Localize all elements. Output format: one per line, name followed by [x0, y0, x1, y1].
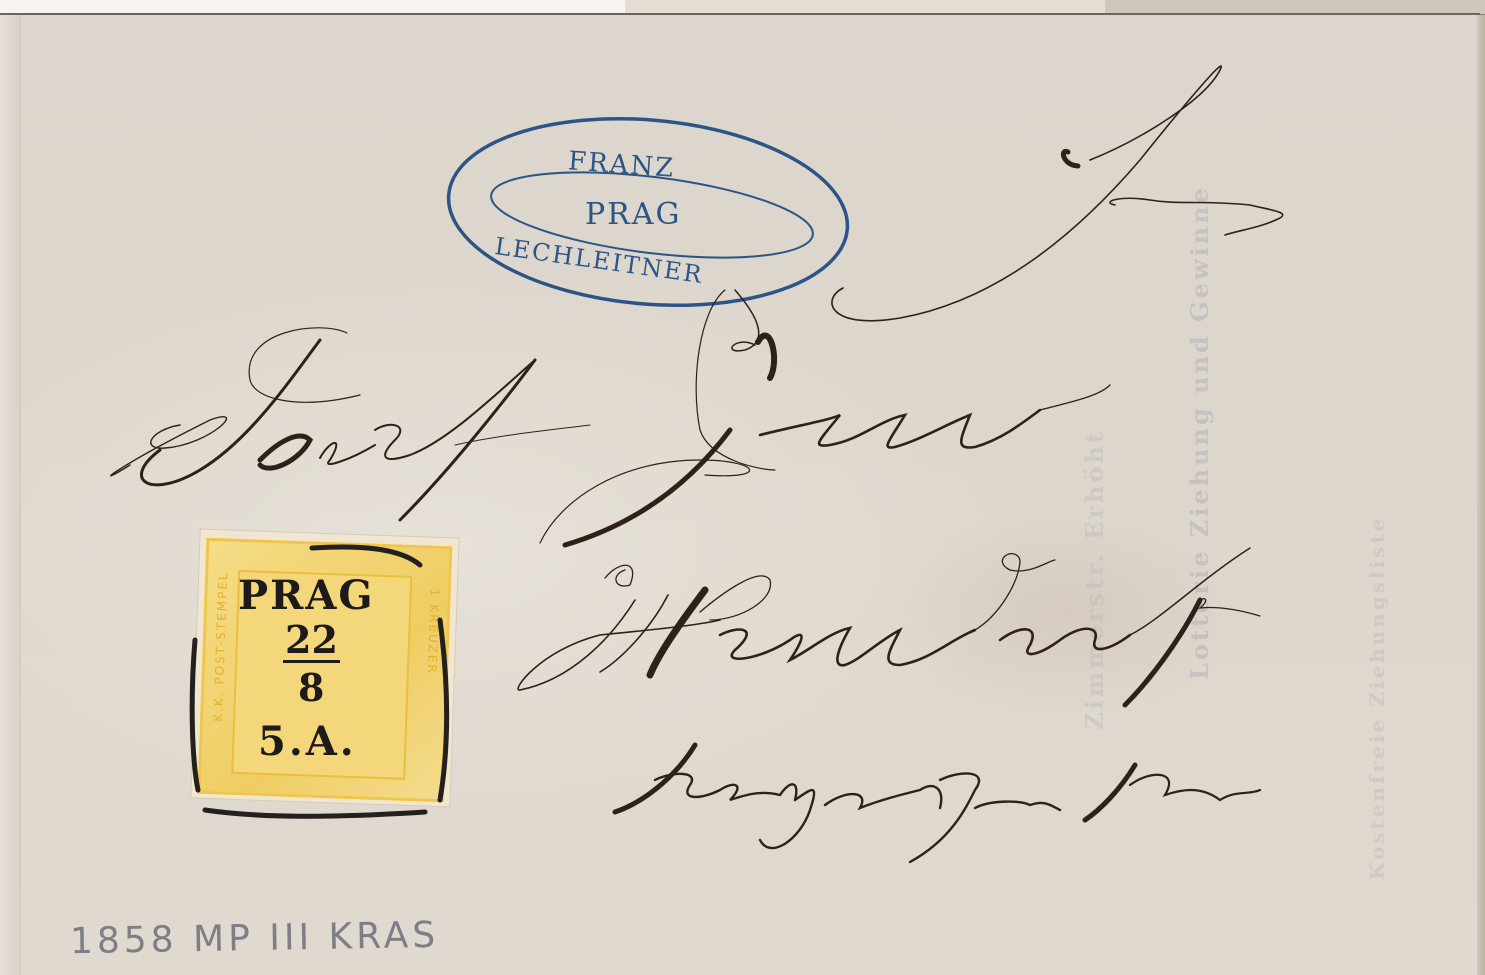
postmark-time: 5.A.	[258, 718, 357, 765]
postmark-day: 22	[283, 620, 340, 663]
postmark-city: PRAG	[238, 572, 375, 619]
postmark-box	[0, 0, 1485, 975]
pencil-annotation: 1858 MP III KRAS	[70, 915, 440, 962]
postmark-month: 8	[298, 665, 324, 710]
